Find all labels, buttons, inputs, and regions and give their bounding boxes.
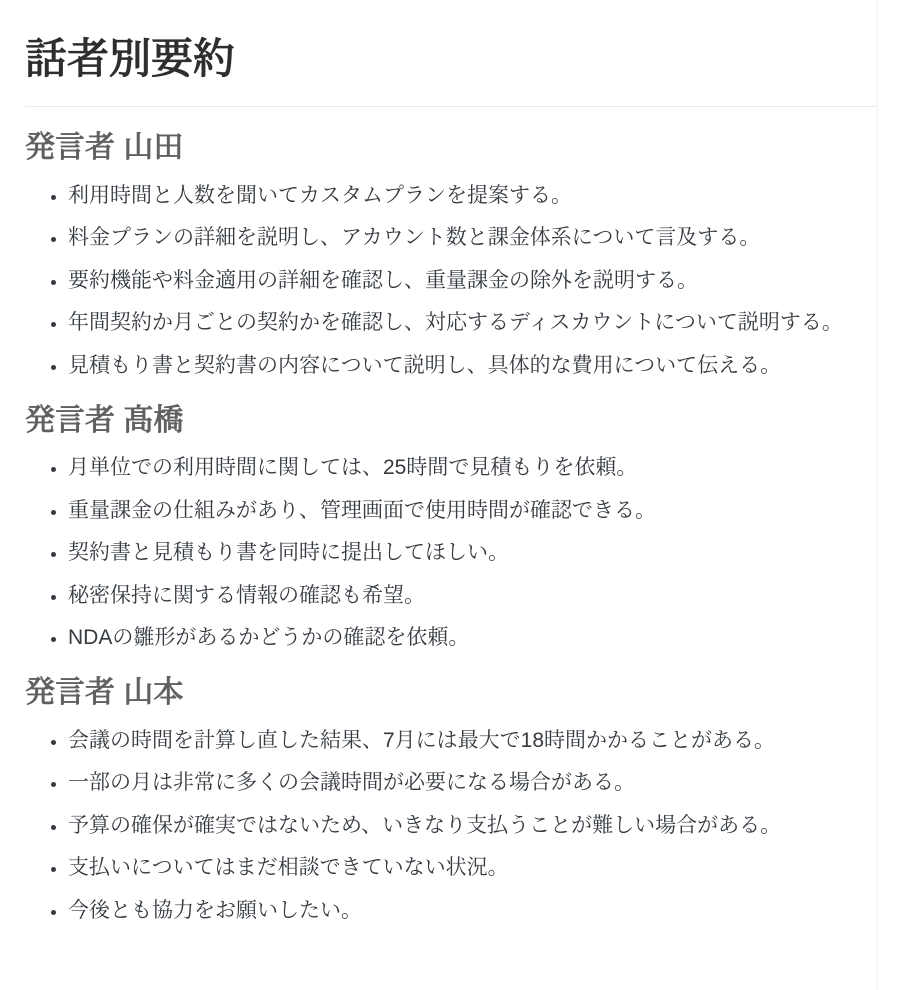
speaker-section-yamamoto: 発言者 山本 会議の時間を計算し直した結果、7月には最大で18時間かかることがあ…	[25, 674, 877, 925]
list-item: 一部の月は非常に多くの会議時間が必要になる場合がある。	[68, 769, 877, 797]
list-item: 会議の時間を計算し直した結果、7月には最大で18時間かかることがある。	[68, 727, 877, 755]
list-item: 年間契約か月ごとの契約かを確認し、対応するディスカウントについて説明する。	[68, 309, 877, 337]
list-item: 月単位での利用時間に関しては、25時間で見積もりを依頼。	[68, 454, 877, 482]
list-item: 契約書と見積もり書を同時に提出してほしい。	[68, 539, 877, 567]
speaker-heading-yamamoto: 発言者 山本	[25, 674, 877, 712]
speaker-summary-document: 話者別要約 発言者 山田 利用時間と人数を聞いてカスタムプランを提案する。 料金…	[0, 0, 878, 990]
page-title: 話者別要約	[25, 34, 877, 107]
list-item: NDAの雛形があるかどうかの確認を依頼。	[68, 624, 877, 652]
list-item: 利用時間と人数を聞いてカスタムプランを提案する。	[68, 182, 877, 210]
list-item: 今後とも協力をお願いしたい。	[68, 897, 877, 925]
summary-list-takahashi: 月単位での利用時間に関しては、25時間で見積もりを依頼。 重量課金の仕組みがあり…	[25, 454, 877, 652]
summary-list-yamada: 利用時間と人数を聞いてカスタムプランを提案する。 料金プランの詳細を説明し、アカ…	[25, 182, 877, 380]
list-item: 料金プランの詳細を説明し、アカウント数と課金体系について言及する。	[68, 224, 877, 252]
list-item: 見積もり書と契約書の内容について説明し、具体的な費用について伝える。	[68, 352, 877, 380]
speaker-section-yamada: 発言者 山田 利用時間と人数を聞いてカスタムプランを提案する。 料金プランの詳細…	[25, 129, 877, 380]
list-item: 支払いについてはまだ相談できていない状況。	[68, 854, 877, 882]
speaker-heading-yamada: 発言者 山田	[25, 129, 877, 167]
list-item: 要約機能や料金適用の詳細を確認し、重量課金の除外を説明する。	[68, 267, 877, 295]
list-item: 重量課金の仕組みがあり、管理画面で使用時間が確認できる。	[68, 497, 877, 525]
list-item: 秘密保持に関する情報の確認も希望。	[68, 582, 877, 610]
speaker-section-takahashi: 発言者 髙橋 月単位での利用時間に関しては、25時間で見積もりを依頼。 重量課金…	[25, 402, 877, 653]
speaker-heading-takahashi: 発言者 髙橋	[25, 402, 877, 440]
list-item: 予算の確保が確実ではないため、いきなり支払うことが難しい場合がある。	[68, 812, 877, 840]
summary-list-yamamoto: 会議の時間を計算し直した結果、7月には最大で18時間かかることがある。 一部の月…	[25, 727, 877, 925]
